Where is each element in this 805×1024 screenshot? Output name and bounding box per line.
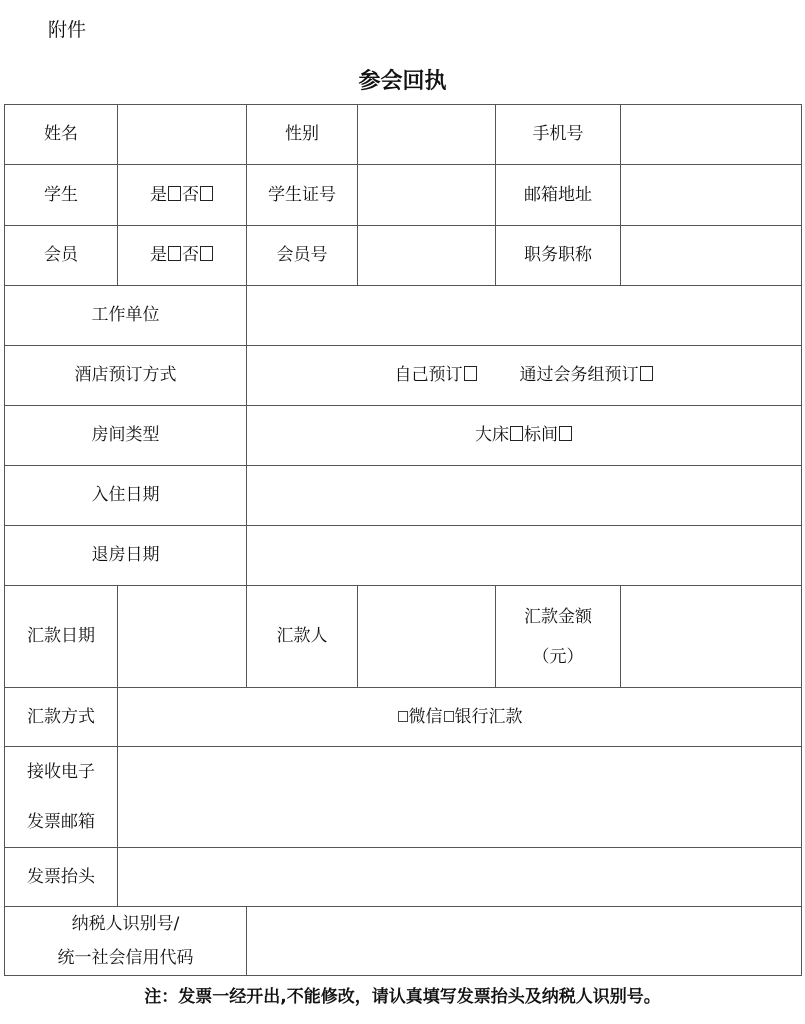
member-number-label: 会员号 — [247, 226, 358, 286]
remitter-field[interactable] — [358, 586, 496, 688]
member-yes-label: 是 — [150, 245, 167, 265]
remit-amount-label-line2: （元） — [496, 637, 620, 677]
table-row: 学生 是否 学生证号 邮箱地址 — [5, 165, 802, 226]
member-yes-checkbox[interactable] — [168, 246, 181, 261]
attachment-label: 附件 — [48, 15, 86, 42]
invoice-email-label-line1: 接收电子 — [5, 747, 117, 797]
room-king-checkbox[interactable] — [510, 426, 523, 441]
table-row: 退房日期 — [5, 526, 802, 586]
wechat-label: 微信 — [409, 707, 443, 727]
invoice-email-label: 接收电子 发票邮箱 — [5, 747, 118, 848]
invoice-email-label-line2: 发票邮箱 — [5, 797, 117, 847]
bank-transfer-checkbox[interactable] — [444, 711, 454, 722]
table-row: 汇款方式 微信银行汇款 — [5, 688, 802, 747]
table-row: 入住日期 — [5, 466, 802, 526]
hotel-booking-label: 酒店预订方式 — [5, 346, 247, 406]
invoice-title-field[interactable] — [118, 848, 802, 907]
checkin-date-label: 入住日期 — [5, 466, 247, 526]
remit-date-field[interactable] — [118, 586, 247, 688]
student-choice: 是否 — [118, 165, 247, 226]
student-yes-checkbox[interactable] — [168, 186, 181, 201]
tax-id-label: 纳税人识别号/ 统一社会信用代码 — [5, 907, 247, 976]
member-no-checkbox[interactable] — [200, 246, 213, 261]
member-number-field[interactable] — [358, 226, 496, 286]
student-label: 学生 — [5, 165, 118, 226]
gender-label: 性别 — [247, 105, 358, 165]
tax-id-label-line2: 统一社会信用代码 — [5, 941, 246, 975]
room-twin-checkbox[interactable] — [559, 426, 572, 441]
table-row: 会员 是否 会员号 职务职称 — [5, 226, 802, 286]
table-row: 接收电子 发票邮箱 — [5, 747, 802, 848]
member-label: 会员 — [5, 226, 118, 286]
student-id-field[interactable] — [358, 165, 496, 226]
page-title: 参会回执 — [0, 64, 805, 95]
wechat-checkbox[interactable] — [398, 711, 408, 722]
table-row: 发票抬头 — [5, 848, 802, 907]
checkout-date-field[interactable] — [247, 526, 802, 586]
student-id-label: 学生证号 — [247, 165, 358, 226]
table-row: 工作单位 — [5, 286, 802, 346]
tax-id-label-line1: 纳税人识别号/ — [5, 907, 246, 941]
remit-amount-label: 汇款金额 （元） — [496, 586, 621, 688]
remitter-label: 汇款人 — [247, 586, 358, 688]
hotel-self-checkbox[interactable] — [464, 366, 477, 381]
employer-field[interactable] — [247, 286, 802, 346]
remit-amount-label-line1: 汇款金额 — [496, 597, 620, 637]
remit-amount-field[interactable] — [621, 586, 802, 688]
email-label: 邮箱地址 — [496, 165, 621, 226]
registration-form-table: 姓名 性别 手机号 学生 是否 学生证号 邮箱地址 会员 是否 会员号 职务职称… — [4, 104, 802, 976]
room-type-label: 房间类型 — [5, 406, 247, 466]
tax-id-field[interactable] — [247, 907, 802, 976]
hotel-group-checkbox[interactable] — [640, 366, 653, 381]
member-choice: 是否 — [118, 226, 247, 286]
student-yes-label: 是 — [150, 185, 167, 205]
table-row: 酒店预订方式 自己预订通过会务组预订 — [5, 346, 802, 406]
checkout-date-label: 退房日期 — [5, 526, 247, 586]
checkin-date-field[interactable] — [247, 466, 802, 526]
email-field[interactable] — [621, 165, 802, 226]
gender-field[interactable] — [358, 105, 496, 165]
hotel-booking-choice: 自己预订通过会务组预订 — [247, 346, 802, 406]
phone-label: 手机号 — [496, 105, 621, 165]
member-no-label: 否 — [182, 245, 199, 265]
name-field[interactable] — [118, 105, 247, 165]
table-row: 汇款日期 汇款人 汇款金额 （元） — [5, 586, 802, 688]
payment-method-label: 汇款方式 — [5, 688, 118, 747]
student-no-label: 否 — [182, 185, 199, 205]
remit-date-label: 汇款日期 — [5, 586, 118, 688]
hotel-self-label: 自己预订 — [395, 365, 463, 385]
student-no-checkbox[interactable] — [200, 186, 213, 201]
hotel-group-label: 通过会务组预订 — [520, 365, 639, 385]
footer-note: 注：发票一经开出,不能修改，请认真填写发票抬头及纳税人识别号。 — [0, 982, 805, 1007]
job-title-label: 职务职称 — [496, 226, 621, 286]
phone-field[interactable] — [621, 105, 802, 165]
job-title-field[interactable] — [621, 226, 802, 286]
table-row: 房间类型 大床标间 — [5, 406, 802, 466]
invoice-title-label: 发票抬头 — [5, 848, 118, 907]
room-twin-label: 标间 — [524, 425, 558, 445]
room-king-label: 大床 — [475, 425, 509, 445]
room-type-choice: 大床标间 — [247, 406, 802, 466]
table-row: 姓名 性别 手机号 — [5, 105, 802, 165]
invoice-email-field[interactable] — [118, 747, 802, 848]
table-row: 纳税人识别号/ 统一社会信用代码 — [5, 907, 802, 976]
bank-transfer-label: 银行汇款 — [455, 707, 523, 727]
name-label: 姓名 — [5, 105, 118, 165]
employer-label: 工作单位 — [5, 286, 247, 346]
payment-method-choice: 微信银行汇款 — [118, 688, 802, 747]
